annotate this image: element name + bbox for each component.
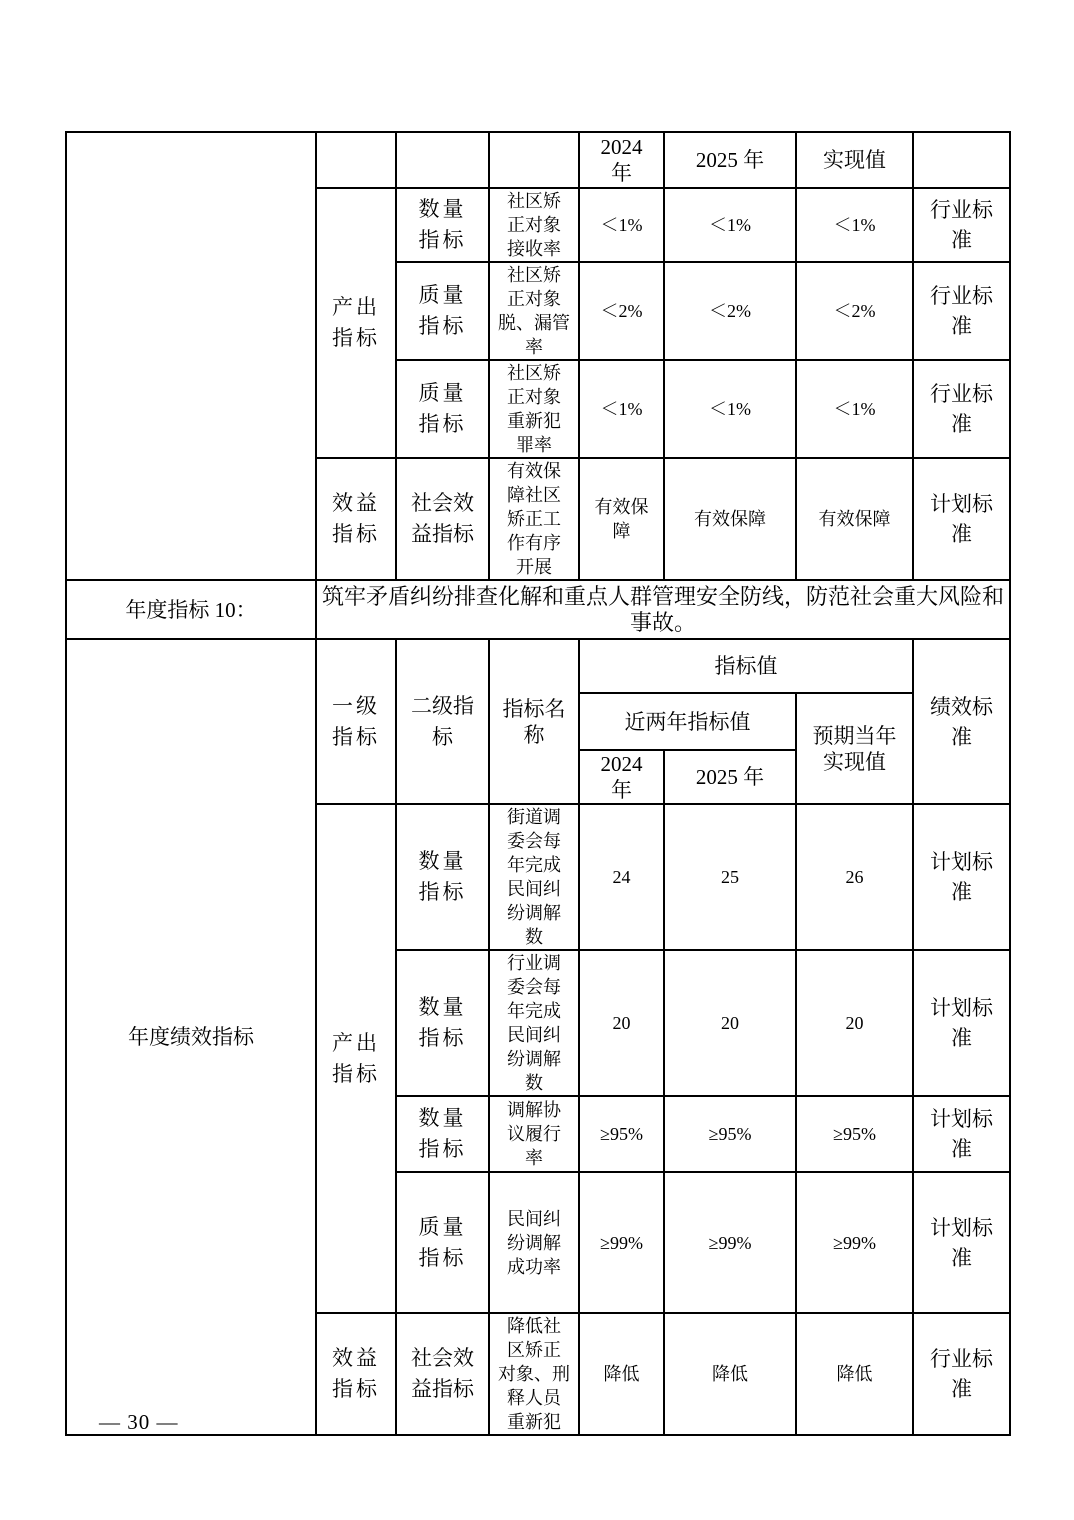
standard-cell: 行业标 准 [913,262,1010,360]
value-expected-cell: 有效保障 [796,458,913,580]
indicator-name-cell: 有效保 障社区 矫正工 作有序 开展 [489,458,579,580]
value-2024-cell: ＜2% [579,262,664,360]
value-2025-cell: 20 [664,950,796,1096]
header-indicator-value-group: 指标值 [579,639,913,693]
value-2025-cell: ＜2% [664,262,796,360]
value-2024-cell: 降低 [579,1313,664,1435]
value-2024-cell: ≥99% [579,1172,664,1313]
header-2024: 2024 年 [579,750,664,804]
standard-cell: 计划标 准 [913,804,1010,950]
document-page: 2024 年 2025 年 实现值 产出 指标 数量 指标 社区矫 正对象 接收… [0,0,1074,1520]
value-2024-cell: 24 [579,804,664,950]
value-2025-cell: ≥95% [664,1096,796,1172]
indicator-name-cell: 街道调 委会每 年完成 民间纠 纷调解 数 [489,804,579,950]
header-performance-standard: 绩效标 准 [913,639,1010,804]
carryover-header-row: 2024 年 2025 年 实现值 [66,132,1010,188]
level2-quality-indicator-cell: 质量 指标 [396,1172,489,1313]
header-expected-current-year: 预期当年 实现值 [796,693,913,804]
value-2024-cell: ＜1% [579,360,664,458]
value-expected-cell: 26 [796,804,913,950]
level2-social-benefit-cell: 社会效 益指标 [396,1313,489,1435]
level2-quality-indicator-cell: 质量 指标 [396,262,489,360]
standard-cell: 行业标 准 [913,188,1010,262]
indicator-name-cell: 社区矫 正对象 脱、漏管 率 [489,262,579,360]
standard-cell: 行业标 准 [913,360,1010,458]
standard-cell: 计划标 准 [913,458,1010,580]
page-number: — 30 — [99,1410,179,1434]
standard-cell: 计划标 准 [913,1096,1010,1172]
level1-output-indicator-cell: 产出 指标 [316,804,396,1313]
standard-cell: 计划标 准 [913,950,1010,1096]
value-expected-cell: ≥99% [796,1172,913,1313]
level2-quantity-indicator-cell: 数量 指标 [396,1096,489,1172]
value-2025-cell: 降低 [664,1313,796,1435]
value-2025-cell: 有效保障 [664,458,796,580]
level1-benefit-indicator-cell: 效益 指标 [316,458,396,580]
carryover-standard-empty-cell [913,132,1010,188]
standard-cell: 计划标 准 [913,1172,1010,1313]
indicator-name-cell: 降低社 区矫正 对象、刑 释人员 重新犯 [489,1313,579,1435]
header-level1: 一级 指标 [316,639,396,804]
annual-indicator-text: 筑牢矛盾纠纷排查化解和重点人群管理安全防线，防范社会重大风险和 事故。 [316,580,1010,639]
header-indicator-name: 指标名 称 [489,639,579,804]
indicator-name-cell: 社区矫 正对象 接收率 [489,188,579,262]
value-expected-cell: 20 [796,950,913,1096]
level1-benefit-indicator-cell: 效益 指标 [316,1313,396,1435]
value-2025-cell: ＜1% [664,360,796,458]
performance-indicator-table: 2024 年 2025 年 实现值 产出 指标 数量 指标 社区矫 正对象 接收… [65,131,1011,1436]
carryover-rowlabel-cell [66,132,316,580]
performance-rowlabel-cell: 年度绩效指标 [66,639,316,1435]
level2-quantity-indicator-cell: 数量 指标 [396,950,489,1096]
indicator-name-cell: 民间纠 纷调解 成功率 [489,1172,579,1313]
value-2024-cell: ≥95% [579,1096,664,1172]
value-2024-cell: 有效保 障 [579,458,664,580]
header-level2: 二级指 标 [396,639,489,804]
annual-indicator-row: 年度指标 10： 筑牢矛盾纠纷排查化解和重点人群管理安全防线，防范社会重大风险和… [66,580,1010,639]
annual-indicator-label: 年度指标 10： [66,580,316,639]
level2-quality-indicator-cell: 质量 指标 [396,360,489,458]
carryover-header-2025: 2025 年 [664,132,796,188]
level2-quantity-indicator-cell: 数量 指标 [396,188,489,262]
value-2024-cell: ＜1% [579,188,664,262]
value-2025-cell: ＜1% [664,188,796,262]
performance-header-row: 年度绩效指标 一级 指标 二级指 标 指标名 称 指标值 绩效标 准 [66,639,1010,693]
header-recent-two-years: 近两年指标值 [579,693,796,750]
level2-social-benefit-cell: 社会效 益指标 [396,458,489,580]
value-expected-cell: ＜2% [796,262,913,360]
level1-output-indicator-cell: 产出 指标 [316,188,396,458]
value-2024-cell: 20 [579,950,664,1096]
carryover-header-realized-value: 实现值 [796,132,913,188]
value-expected-cell: ＜1% [796,188,913,262]
carryover-level2-empty-cell [396,132,489,188]
header-2025: 2025 年 [664,750,796,804]
value-2025-cell: 25 [664,804,796,950]
carryover-header-2024: 2024 年 [579,132,664,188]
indicator-name-cell: 调解协 议履行 率 [489,1096,579,1172]
level2-quantity-indicator-cell: 数量 指标 [396,804,489,950]
indicator-name-cell: 行业调 委会每 年完成 民间纠 纷调解 数 [489,950,579,1096]
value-expected-cell: ＜1% [796,360,913,458]
value-expected-cell: 降低 [796,1313,913,1435]
standard-cell: 行业标 准 [913,1313,1010,1435]
carryover-level1-empty-cell [316,132,396,188]
value-expected-cell: ≥95% [796,1096,913,1172]
carryover-name-empty-cell [489,132,579,188]
indicator-name-cell: 社区矫 正对象 重新犯 罪率 [489,360,579,458]
value-2025-cell: ≥99% [664,1172,796,1313]
